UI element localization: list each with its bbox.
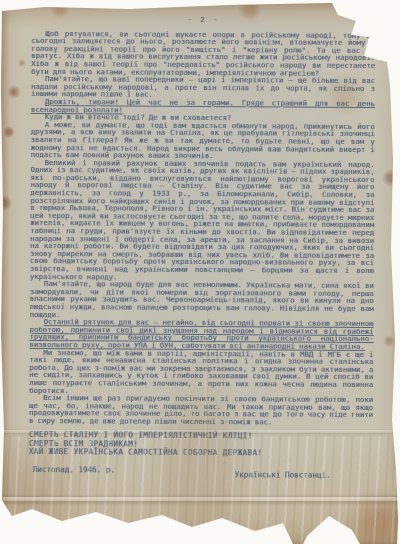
- scanned-page: - 2 - Щоб рятуватися, ви сьогодні шукаєт…: [0, 0, 400, 544]
- document-content: - 2 - Щоб рятуватися, ви сьогодні шукаєт…: [29, 15, 376, 476]
- text-paragraph: Останній рятунок для вас — негайно, від …: [29, 318, 373, 350]
- text-paragraph: Всім іншим ще раз пригадуємо покінчити з…: [29, 394, 373, 426]
- page-number: - 2 -: [31, 15, 375, 25]
- document-sheet: - 2 - Щоб рятуватися, ви сьогодні шукаєт…: [0, 0, 400, 544]
- text-paragraph: А може, ви думаєте, що тоді вам вдасться…: [31, 121, 375, 161]
- text-paragraph: Пам'ятайте, що народ буде для вас невмол…: [30, 280, 374, 320]
- document-footer: Листопад, 1946. р. Українські Повстанці.: [29, 466, 373, 476]
- paper-fold-line: [0, 497, 400, 501]
- slogan-line: ХАЙ ЖИВЕ УКРАЇНСЬКА САМОСТІЙНА СОБОРНА Д…: [29, 448, 373, 458]
- text-paragraph: Щоб рятуватися, ви сьогодні шукаєте опор…: [31, 30, 375, 78]
- text-paragraph: Великий і правий рахунок ваших злочинів …: [30, 159, 375, 283]
- slogan-list: СМЕРТЬ СТАЛІНУ І ЙОГО ІМПЕРІЯЛІСТИЧНІЙ К…: [29, 431, 373, 458]
- footer-date: Листопад, 1946. р.: [33, 466, 115, 474]
- text-paragraph: Ми знаємо, що між вами в партії, адмініс…: [29, 348, 373, 396]
- footer-signature: Українські Повстанці.: [235, 471, 331, 479]
- text-paragraph: Пам'ятайте, що ваші попередники — царі і…: [31, 75, 375, 100]
- document-body: Щоб рятуватися, ви сьогодні шукаєте опор…: [29, 30, 375, 427]
